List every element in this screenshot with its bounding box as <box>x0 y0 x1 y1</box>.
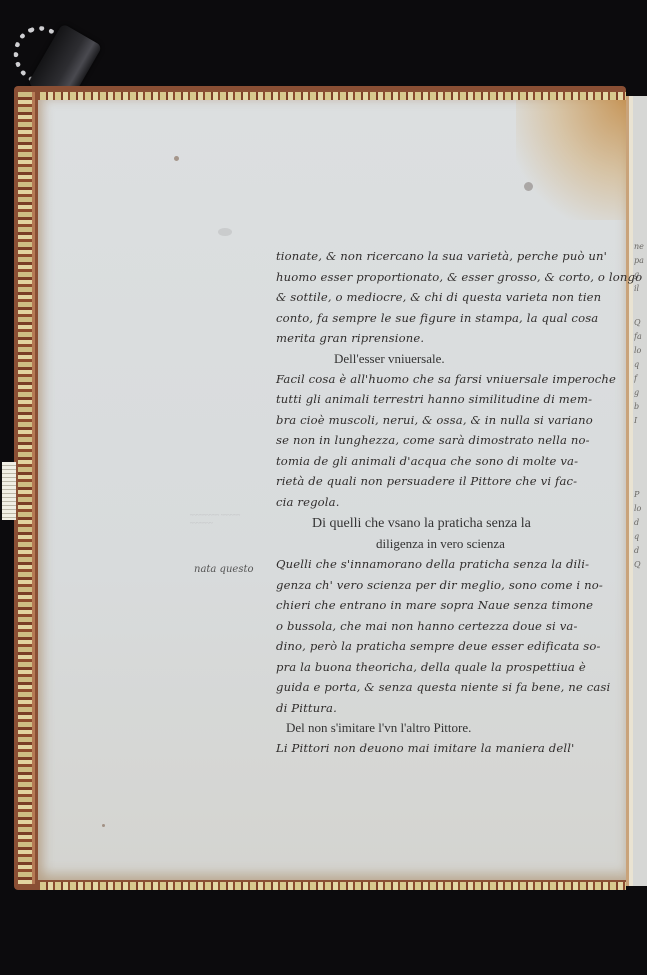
ink-spot <box>174 156 179 161</box>
gilt-border-bottom <box>40 882 626 890</box>
facing-page-text: ne pa g il Q fa lo q f g b I P lo d q d … <box>634 240 647 572</box>
text-line: di Pittura. <box>276 698 616 719</box>
ink-spot <box>102 824 105 827</box>
ink-offset-ghost: ~~~~~~~~~ ~~~~~~ ~~~~~~~ <box>190 512 260 528</box>
ink-spot <box>218 228 232 236</box>
text-line: & sottile, o mediocre, & chi di questa v… <box>276 287 616 308</box>
gilt-border-left <box>18 92 35 884</box>
text-line: rietà de quali non persuadere il Pittore… <box>276 471 616 492</box>
page-tab-marker <box>2 462 16 520</box>
section-heading: Dell'esser vniuersale. <box>276 349 616 369</box>
section-heading: Del non s'imitare l'vn l'altro Pittore. <box>276 718 616 738</box>
text-line: conto, fa sempre le sue figure in stampa… <box>276 308 616 329</box>
ink-spot <box>524 182 533 191</box>
water-stain <box>516 100 626 220</box>
section-heading: diligenza in vero scienza <box>276 534 616 554</box>
text-line: Li Pittori non deuono mai imitare la man… <box>276 738 616 759</box>
text-line: dino, però la praticha sempre deue esser… <box>276 636 616 657</box>
text-line: Facil cosa è all'huomo che sa farsi vniu… <box>276 369 616 390</box>
text-line: merita gran riprensione. <box>276 328 616 349</box>
text-line: pra la buona theoricha, della quale la p… <box>276 657 616 678</box>
text-line: o bussola, che mai non hanno certezza do… <box>276 616 616 637</box>
marginal-note: nata questo <box>194 564 254 575</box>
text-line: tomia de gli animali d'acqua che sono di… <box>276 451 616 472</box>
text-line: bra cioè muscoli, nerui, & ossa, & in nu… <box>276 410 616 431</box>
text-line: huomo esser proportionato, & esser gross… <box>276 267 616 288</box>
text-line: genza ch' vero scienza per dir meglio, s… <box>276 575 616 596</box>
text-line: chieri che entrano in mare sopra Naue se… <box>276 595 616 616</box>
text-line: Quelli che s'innamorano della praticha s… <box>276 554 616 575</box>
text-line: guida e porta, & senza questa niente si … <box>276 677 616 698</box>
text-line: cia regola. <box>276 492 616 513</box>
text-line: se non in lunghezza, come sarà dimostrat… <box>276 430 616 451</box>
gilt-border-top <box>40 92 626 100</box>
text-line: tionate, & non ricercano la sua varietà,… <box>276 246 616 267</box>
main-text-block: tionate, & non ricercano la sua varietà,… <box>276 246 616 759</box>
section-heading: Di quelli che vsano la praticha senza la <box>276 514 616 534</box>
text-line: tutti gli animali terrestri hanno simili… <box>276 389 616 410</box>
